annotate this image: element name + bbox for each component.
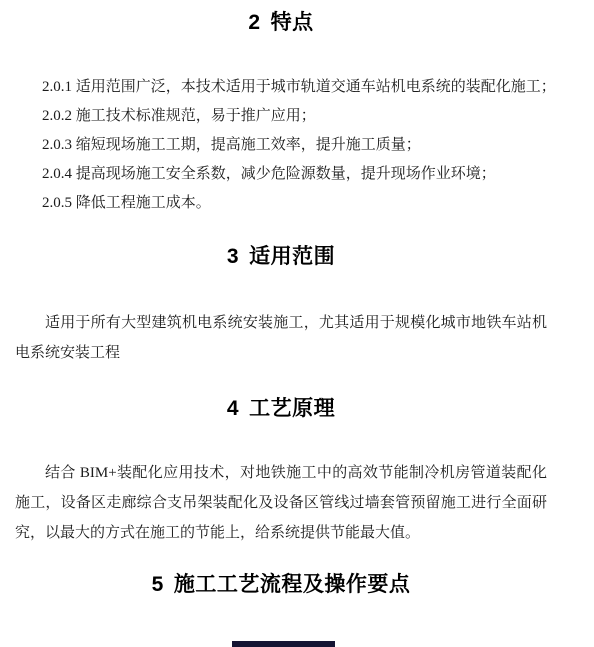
- section-number: 5: [152, 573, 164, 596]
- section-number: 4: [227, 397, 239, 420]
- section-title: 适用范围: [249, 245, 335, 268]
- feature-item-1: 2.0.1 适用范围广泛，本技术适用于城市轨道交通车站机电系统的装配化施工；: [15, 73, 547, 102]
- feature-item-4: 2.0.4 提高现场施工安全系数，减少危险源数量，提升现场作业环境；: [15, 160, 547, 189]
- section-title: 工艺原理: [249, 397, 335, 420]
- document-page: 2特点 2.0.1 适用范围广泛，本技术适用于城市轨道交通车站机电系统的装配化施…: [0, 0, 594, 598]
- section-number: 3: [227, 245, 239, 268]
- section-heading-features: 2特点: [15, 10, 547, 36]
- feature-item-2: 2.0.2 施工技术标准规范，易于推广应用；: [15, 102, 547, 131]
- section-title: 施工工艺流程及操作要点: [174, 573, 411, 596]
- section-number: 2: [248, 11, 260, 34]
- section-title: 特点: [271, 11, 314, 34]
- page-bottom-figure-sliver: [232, 641, 335, 647]
- section-heading-scope: 3适用范围: [15, 244, 547, 270]
- section-heading-process: 5施工工艺流程及操作要点: [15, 572, 547, 598]
- feature-list: 2.0.1 适用范围广泛，本技术适用于城市轨道交通车站机电系统的装配化施工； 2…: [15, 73, 547, 218]
- feature-item-5: 2.0.5 降低工程施工成本。: [15, 189, 547, 218]
- feature-item-3: 2.0.3 缩短现场施工工期，提高施工效率，提升施工质量；: [15, 131, 547, 160]
- principle-paragraph: 结合 BIM+装配化应用技术，对地铁施工中的高效节能制冷机房管道装配化施工，设备…: [15, 458, 547, 548]
- scope-paragraph: 适用于所有大型建筑机电系统安装施工，尤其适用于规模化城市地铁车站机电系统安装工程: [15, 308, 547, 368]
- section-heading-principle: 4工艺原理: [15, 396, 547, 422]
